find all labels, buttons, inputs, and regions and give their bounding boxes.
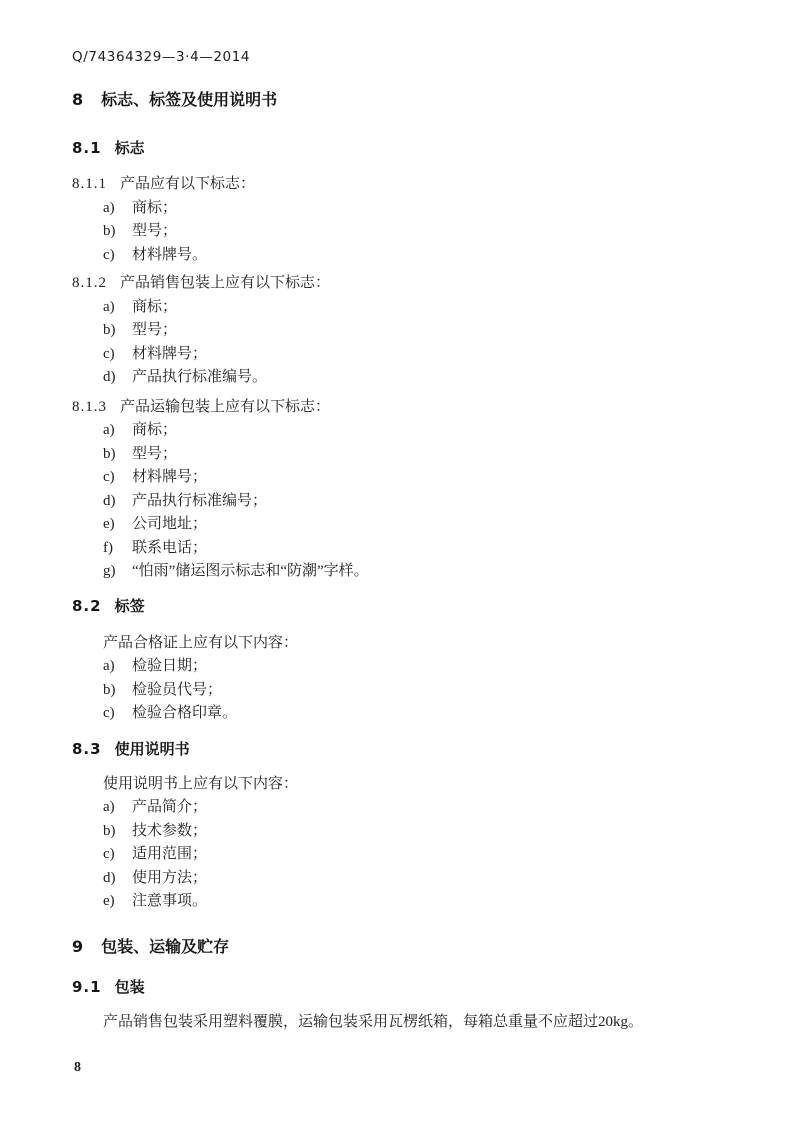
list-item-letter: e) bbox=[103, 513, 132, 537]
list-item-text: 型号； bbox=[132, 322, 177, 338]
clause-9-number: 9 bbox=[72, 936, 84, 958]
clause-8-number: 8 bbox=[72, 89, 84, 111]
list-item-text: 产品执行标准编号。 bbox=[132, 369, 267, 385]
list-item-letter: d) bbox=[103, 366, 132, 390]
list-item: a)商标； bbox=[103, 197, 730, 221]
list-item: b)型号； bbox=[103, 220, 730, 244]
list-item-letter: d) bbox=[103, 867, 132, 891]
list-item: c)材料牌号； bbox=[103, 343, 730, 367]
list-item: b)检验员代号； bbox=[103, 679, 730, 703]
list-item: b)技术参数； bbox=[103, 820, 730, 844]
list-item-text: 适用范围； bbox=[132, 846, 207, 862]
clause-8-1-title: 标志 bbox=[115, 139, 145, 157]
list-item: d)产品执行标准编号。 bbox=[103, 366, 730, 390]
clause-8-3-title: 使用说明书 bbox=[115, 740, 190, 758]
list-item: b)型号； bbox=[103, 443, 730, 467]
list-item-text: 检验合格印章。 bbox=[132, 705, 237, 721]
list-item-text: 检验员代号； bbox=[132, 682, 222, 698]
list-item-text: 商标； bbox=[132, 200, 177, 216]
list-item-letter: b) bbox=[103, 443, 132, 467]
clause-8-2-heading: 8.2标签 bbox=[72, 596, 730, 617]
doc-standard-code: Q/74364329—3·4—2014 bbox=[72, 49, 730, 65]
page-number: 8 bbox=[74, 1060, 730, 1076]
list-item: c)检验合格印章。 bbox=[103, 702, 730, 726]
list-item: c)材料牌号； bbox=[103, 466, 730, 490]
clause-9-1-number: 9.1 bbox=[72, 977, 102, 998]
list-item: a)商标； bbox=[103, 296, 730, 320]
clause-8-1-1-number: 8.1.1 bbox=[72, 173, 107, 197]
list-item-text: 产品简介； bbox=[132, 799, 207, 815]
list-item-text: 注意事项。 bbox=[132, 893, 207, 909]
list-item-letter: c) bbox=[103, 343, 132, 367]
list-item: a)产品简介； bbox=[103, 796, 730, 820]
clause-8-1-3-number: 8.1.3 bbox=[72, 396, 107, 420]
clause-8-heading: 8标志、标签及使用说明书 bbox=[72, 89, 730, 111]
clause-8-3-lead: 使用说明书上应有以下内容： bbox=[103, 773, 730, 797]
list-item-letter: b) bbox=[103, 220, 132, 244]
list-item-letter: b) bbox=[103, 820, 132, 844]
clause-8-1-number: 8.1 bbox=[72, 138, 102, 159]
list-item-letter: a) bbox=[103, 419, 132, 443]
clause-8-1-1-lead: 8.1.1产品应有以下标志： bbox=[72, 173, 730, 197]
list-item-text: 技术参数； bbox=[132, 823, 207, 839]
list-item-letter: c) bbox=[103, 466, 132, 490]
clause-8-2-title: 标签 bbox=[115, 597, 145, 615]
clause-8-1-2-lead: 8.1.2产品销售包装上应有以下标志： bbox=[72, 272, 730, 296]
clause-8-1-2-number: 8.1.2 bbox=[72, 272, 107, 296]
list-item: f)联系电话； bbox=[103, 537, 730, 561]
list-item-letter: c) bbox=[103, 843, 132, 867]
list-item-letter: b) bbox=[103, 319, 132, 343]
list-item: c)适用范围； bbox=[103, 843, 730, 867]
list-item: e)注意事项。 bbox=[103, 890, 730, 914]
list-item-letter: a) bbox=[103, 296, 132, 320]
clause-9-1-heading: 9.1包装 bbox=[72, 977, 730, 998]
list-item-text: 商标； bbox=[132, 422, 177, 438]
list-item-text: “怕雨”储运图示标志和“防潮”字样。 bbox=[132, 563, 369, 579]
clause-9-title: 包装、运输及贮存 bbox=[101, 937, 229, 956]
clause-8-2-number: 8.2 bbox=[72, 596, 102, 617]
list-item-text: 材料牌号。 bbox=[132, 247, 207, 263]
clause-8-1-3-text: 产品运输包装上应有以下标志： bbox=[120, 399, 330, 415]
list-item-text: 公司地址； bbox=[132, 516, 207, 532]
document-page: Q/74364329—3·4—2014 8标志、标签及使用说明书 8.1标志 8… bbox=[0, 0, 800, 1131]
list-item: b)型号； bbox=[103, 319, 730, 343]
list-item: c)材料牌号。 bbox=[103, 244, 730, 268]
list-item-letter: a) bbox=[103, 655, 132, 679]
list-item-text: 材料牌号； bbox=[132, 346, 207, 362]
list-item: d)产品执行标准编号； bbox=[103, 490, 730, 514]
list-item-letter: d) bbox=[103, 490, 132, 514]
list-item: d)使用方法； bbox=[103, 867, 730, 891]
list-item-letter: a) bbox=[103, 197, 132, 221]
list-item-text: 使用方法； bbox=[132, 870, 207, 886]
clause-9-heading: 9包装、运输及贮存 bbox=[72, 936, 730, 958]
list-item-text: 型号； bbox=[132, 223, 177, 239]
clause-8-1-3-lead: 8.1.3产品运输包装上应有以下标志： bbox=[72, 396, 730, 420]
list-item-text: 产品执行标准编号； bbox=[132, 493, 267, 509]
clause-8-2-lead: 产品合格证上应有以下内容： bbox=[103, 632, 730, 656]
list-item-letter: f) bbox=[103, 537, 132, 561]
list-item-letter: b) bbox=[103, 679, 132, 703]
clause-8-3-number: 8.3 bbox=[72, 739, 102, 760]
list-item: g)“怕雨”储运图示标志和“防潮”字样。 bbox=[103, 560, 730, 584]
clause-8-1-1-text: 产品应有以下标志： bbox=[120, 176, 255, 192]
list-item-letter: g) bbox=[103, 560, 132, 584]
list-item-letter: c) bbox=[103, 702, 132, 726]
list-item-text: 联系电话； bbox=[132, 540, 207, 556]
list-item: a)商标； bbox=[103, 419, 730, 443]
clause-8-1-heading: 8.1标志 bbox=[72, 138, 730, 159]
list-item-text: 商标； bbox=[132, 299, 177, 315]
list-item: a)检验日期； bbox=[103, 655, 730, 679]
list-item-letter: e) bbox=[103, 890, 132, 914]
clause-8-title: 标志、标签及使用说明书 bbox=[101, 90, 277, 109]
list-item-text: 材料牌号； bbox=[132, 469, 207, 485]
clause-8-3-heading: 8.3使用说明书 bbox=[72, 739, 730, 760]
list-item-text: 型号； bbox=[132, 446, 177, 462]
list-item-letter: c) bbox=[103, 244, 132, 268]
clause-9-1-paragraph: 产品销售包装采用塑料覆膜，运输包装采用瓦楞纸箱，每箱总重量不应超过20kg。 bbox=[103, 1011, 730, 1035]
list-item-text: 检验日期； bbox=[132, 658, 207, 674]
list-item-letter: a) bbox=[103, 796, 132, 820]
list-item: e)公司地址； bbox=[103, 513, 730, 537]
clause-9-1-title: 包装 bbox=[115, 978, 145, 996]
clause-8-1-2-text: 产品销售包装上应有以下标志： bbox=[120, 275, 330, 291]
